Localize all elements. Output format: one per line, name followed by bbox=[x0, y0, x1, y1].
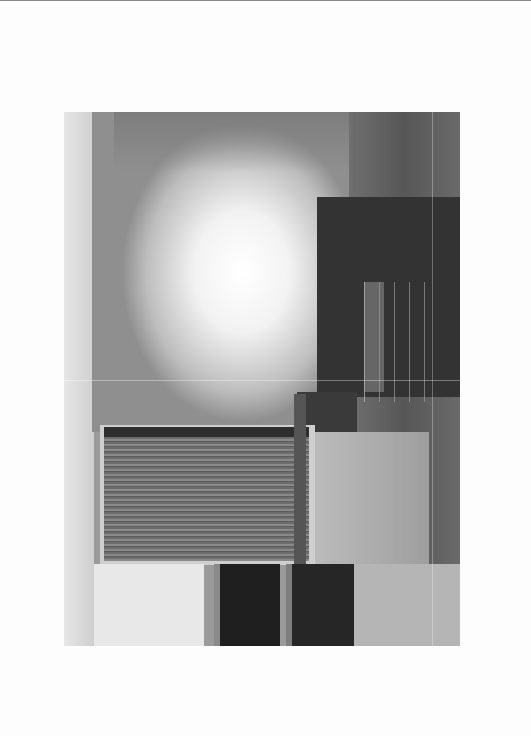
floor-lower bbox=[354, 564, 460, 646]
scanned-photograph bbox=[64, 112, 460, 646]
door-top-edge bbox=[104, 427, 309, 437]
door-jamb bbox=[294, 394, 306, 564]
chair bbox=[364, 282, 435, 402]
wooden-door bbox=[104, 427, 309, 561]
page-edge-line bbox=[0, 0, 531, 1]
floor-edge bbox=[64, 112, 94, 646]
wall-shadow bbox=[114, 112, 374, 172]
white-panel bbox=[94, 564, 204, 646]
scan-artifact-vertical bbox=[432, 112, 433, 646]
drawer-2 bbox=[286, 564, 354, 646]
drawer-1 bbox=[214, 564, 280, 646]
scan-artifact-horizontal bbox=[64, 380, 460, 381]
